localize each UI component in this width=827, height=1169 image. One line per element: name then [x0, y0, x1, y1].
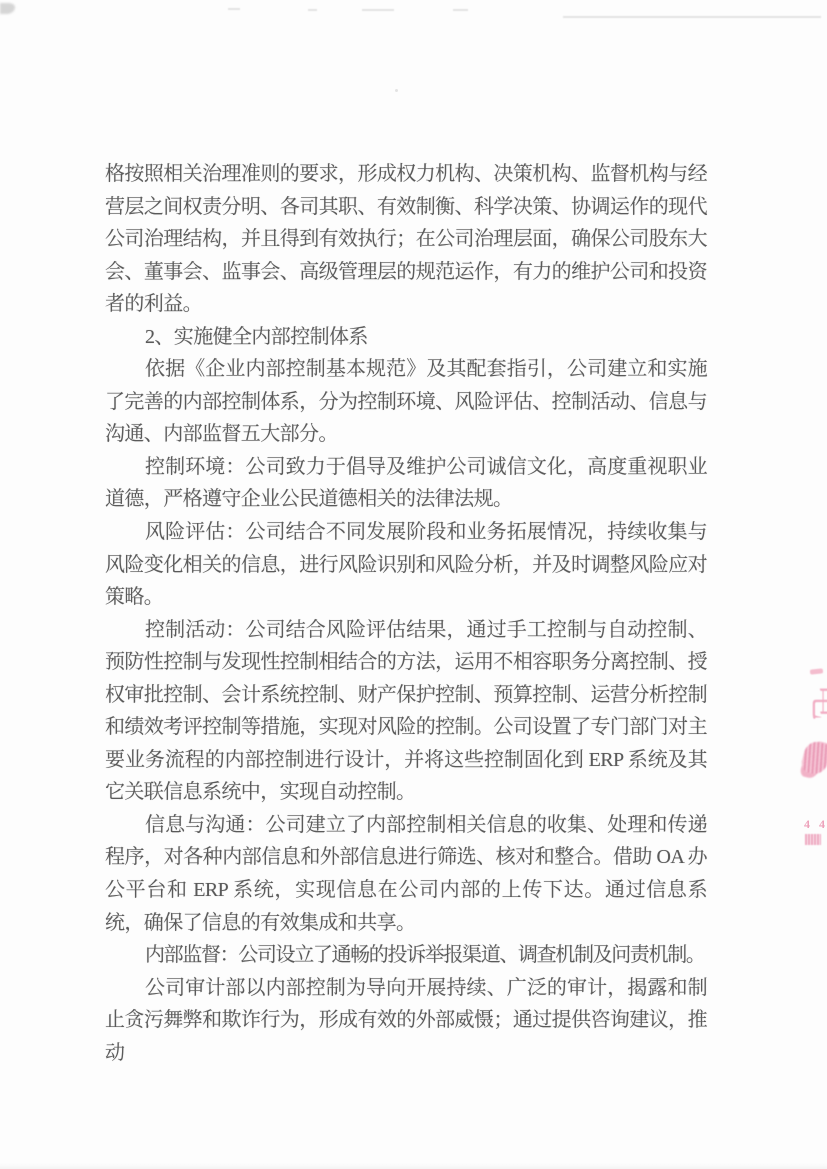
stamp-dash-icon — [810, 668, 823, 674]
paragraph-information-communication: 信息与沟通：公司建立了内部控制相关信息的收集、处理和传递程序，对各种内部信息和外… — [105, 809, 707, 939]
scan-corner-smudge — [0, 3, 15, 14]
scan-bottom-shadow — [0, 1163, 827, 1169]
stamp-number-fragment: 4 4 — [804, 817, 827, 832]
scan-speck — [395, 89, 398, 92]
scan-edge-dash — [228, 8, 240, 10]
scan-edge-dash — [308, 9, 317, 11]
scan-edge-dash — [362, 9, 394, 11]
scan-edge-line — [563, 16, 821, 18]
paragraph-audit-department: 公司审计部以内部控制为导向开展持续、广泛的审计，揭露和制止贪污舞弊和欺诈行为，形… — [105, 972, 707, 1070]
stamp-character-fragment-icon: 电 — [808, 684, 827, 722]
scan-edge-dash — [453, 9, 468, 11]
paragraph-internal-supervision: 内部监督：公司设立了通畅的投诉举报渠道、调查机制及问责机制。 — [105, 939, 707, 972]
scanned-document-page: 格按照相关治理准则的要求，形成权力机构、决策机构、监督机构与经营层之间权责分明、… — [0, 0, 827, 1169]
paragraph-control-activities: 控制活动：公司结合风险评估结果，通过手工控制与自动控制、预防性控制与发现性控制相… — [105, 614, 707, 809]
paragraph-control-environment: 控制环境：公司致力于倡导及维护公司诚信文化，高度重视职业道德，严格遵守企业公民道… — [105, 451, 707, 516]
paragraph-risk-assessment: 风险评估：公司结合不同发展阶段和业务拓展情况，持续收集与风险变化相关的信息，进行… — [105, 516, 707, 614]
stamp-block-icon — [805, 834, 821, 845]
section-heading-internal-control: 2、实施健全内部控制体系 — [105, 321, 707, 354]
paragraph-framework-basis: 依据《企业内部控制基本规范》及其配套指引，公司建立和实施了完善的内部控制体系，分… — [105, 353, 707, 451]
paragraph-governance-continuation: 格按照相关治理准则的要求，形成权力机构、决策机构、监督机构与经营层之间权责分明、… — [105, 158, 707, 321]
stamp-blob-icon — [800, 739, 827, 776]
document-text-body: 格按照相关治理准则的要求，形成权力机构、决策机构、监督机构与经营层之间权责分明、… — [105, 158, 707, 1069]
